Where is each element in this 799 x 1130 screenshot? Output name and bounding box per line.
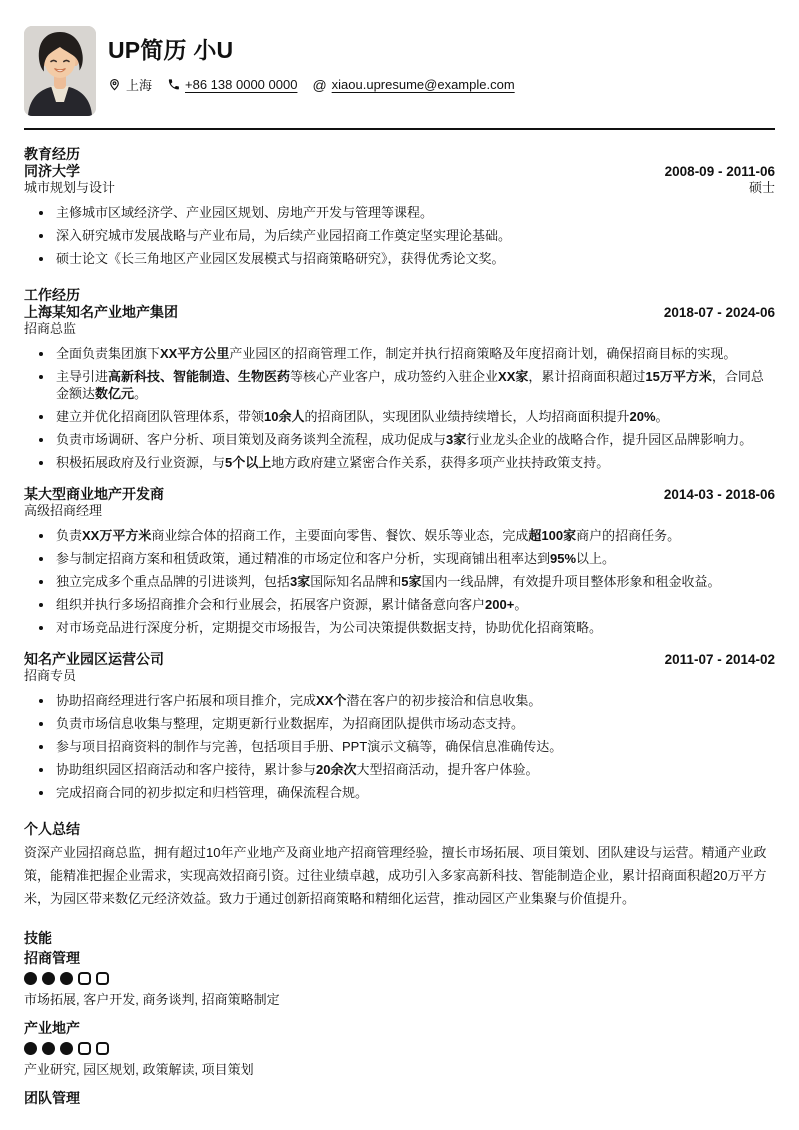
bullet-item: 负责XX万平方米商业综合体的招商工作，主要面向零售、餐饮、娱乐等业态，完成超10… bbox=[24, 527, 775, 544]
bullet-item: 对市场竞品进行深度分析，定期提交市场报告，为公司决策提供数据支持，协助优化招商策… bbox=[24, 619, 775, 636]
summary-text: 资深产业园招商总监，拥有超过10年产业地产及商业地产招商管理经验，擅长市场拓展、… bbox=[24, 841, 775, 910]
bullet-item: 全面负责集团旗下XX平方公里产业园区的招商管理工作，制定并执行招商策略及年度招商… bbox=[24, 345, 775, 362]
skill-dot-empty bbox=[78, 1042, 91, 1055]
entry-header: 同济大学 2008-09 - 2011-06 bbox=[24, 163, 775, 180]
company-name: 某大型商业地产开发商 bbox=[24, 486, 164, 503]
entry-header: 知名产业园区运营公司 2011-07 - 2014-02 bbox=[24, 651, 775, 668]
skill-dot-filled bbox=[24, 1042, 37, 1055]
bullet-list: 主修城市区域经济学、产业园区规划、房地产开发与管理等课程。 深入研究城市发展战略… bbox=[24, 204, 775, 267]
section-title-skills: 技能 bbox=[24, 930, 775, 947]
major-name: 城市规划与设计 bbox=[24, 180, 115, 196]
skill-dot-filled bbox=[60, 972, 73, 985]
section-title-summary: 个人总结 bbox=[24, 821, 775, 838]
header-divider bbox=[24, 128, 775, 130]
bullet-item: 参与制定招商方案和租赁政策，通过精准的市场定位和客户分析，实现商铺出租率达到95… bbox=[24, 550, 775, 567]
role-title: 高级招商经理 bbox=[24, 503, 102, 519]
skill-dot-empty bbox=[78, 972, 91, 985]
bullet-item: 建立并优化招商团队管理体系，带领10余人的招商团队，实现团队业绩持续增长，人均招… bbox=[24, 408, 775, 425]
entry-header: 上海某知名产业地产集团 2018-07 - 2024-06 bbox=[24, 304, 775, 321]
entry-date: 2014-03 - 2018-06 bbox=[664, 487, 775, 502]
avatar-illustration bbox=[24, 26, 96, 116]
header-text-block: UP简历 小U 上海 +86 138 0000 0000 @ bbox=[108, 26, 515, 116]
skill-keywords: 产业研究, 园区规划, 政策解读, 项目策划 bbox=[24, 1062, 775, 1078]
phone-link[interactable]: +86 138 0000 0000 bbox=[167, 77, 297, 92]
skill-name: 产业地产 bbox=[24, 1020, 775, 1037]
bullet-item: 组织并执行多场招商推介会和行业展会，拓展客户资源，累计储备意向客户200+。 bbox=[24, 596, 775, 613]
skill-keywords: 市场拓展, 客户开发, 商务谈判, 招商策略制定 bbox=[24, 992, 775, 1008]
work-entry: 上海某知名产业地产集团 2018-07 - 2024-06 招商总监 全面负责集… bbox=[24, 304, 775, 471]
resume-page: UP简历 小U 上海 +86 138 0000 0000 @ bbox=[0, 0, 799, 1107]
bullet-item: 协助招商经理进行客户拓展和项目推介，完成XX个潜在客户的初步接洽和信息收集。 bbox=[24, 692, 775, 709]
contact-row: 上海 +86 138 0000 0000 @ xiaou.upresume@ex… bbox=[108, 75, 515, 94]
bullet-item: 主修城市区域经济学、产业园区规划、房地产开发与管理等课程。 bbox=[24, 204, 775, 221]
email-address: xiaou.upresume@example.com bbox=[332, 77, 515, 92]
section-summary: 个人总结 资深产业园招商总监，拥有超过10年产业地产及商业地产招商管理经验，擅长… bbox=[24, 821, 775, 910]
location-item: 上海 bbox=[108, 75, 152, 94]
section-title-work: 工作经历 bbox=[24, 287, 775, 304]
email-at-icon: @ bbox=[312, 78, 326, 92]
skill-level-dots bbox=[24, 972, 775, 985]
location-text: 上海 bbox=[126, 75, 152, 94]
section-skills: 技能 招商管理 市场拓展, 客户开发, 商务谈判, 招商策略制定 产业地产 产业… bbox=[24, 930, 775, 1107]
entry-subheader: 招商专员 bbox=[24, 668, 775, 684]
entry-subheader: 城市规划与设计 硕士 bbox=[24, 180, 775, 196]
bullet-list: 全面负责集团旗下XX平方公里产业园区的招商管理工作，制定并执行招商策略及年度招商… bbox=[24, 345, 775, 471]
entry-header: 某大型商业地产开发商 2014-03 - 2018-06 bbox=[24, 486, 775, 503]
skill-dot-filled bbox=[60, 1042, 73, 1055]
section-work: 工作经历 上海某知名产业地产集团 2018-07 - 2024-06 招商总监 … bbox=[24, 287, 775, 801]
phone-icon bbox=[167, 78, 180, 91]
bullet-list: 负责XX万平方米商业综合体的招商工作，主要面向零售、餐饮、娱乐等业态，完成超10… bbox=[24, 527, 775, 636]
bullet-item: 独立完成多个重点品牌的引进谈判，包括3家国际知名品牌和5家国内一线品牌，有效提升… bbox=[24, 573, 775, 590]
bullet-item: 协助组织园区招商活动和客户接待，累计参与20余次大型招商活动，提升客户体验。 bbox=[24, 761, 775, 778]
education-entry: 同济大学 2008-09 - 2011-06 城市规划与设计 硕士 主修城市区域… bbox=[24, 163, 775, 267]
skill-dot-filled bbox=[24, 972, 37, 985]
degree-name: 硕士 bbox=[749, 180, 775, 196]
role-title: 招商总监 bbox=[24, 321, 76, 337]
skill-name: 招商管理 bbox=[24, 950, 775, 967]
bullet-item: 积极拓展政府及行业资源，与5个以上地方政府建立紧密合作关系，获得多项产业扶持政策… bbox=[24, 454, 775, 471]
bullet-item: 主导引进高新科技、智能制造、生物医药等核心产业客户，成功签约入驻企业XX家，累计… bbox=[24, 368, 775, 402]
entry-date: 2011-07 - 2014-02 bbox=[665, 652, 775, 667]
bullet-item: 深入研究城市发展战略与产业布局，为后续产业园招商工作奠定坚实理论基础。 bbox=[24, 227, 775, 244]
section-title-education: 教育经历 bbox=[24, 146, 775, 163]
bullet-list: 协助招商经理进行客户拓展和项目推介，完成XX个潜在客户的初步接洽和信息收集。 负… bbox=[24, 692, 775, 801]
skill-item: 产业地产 产业研究, 园区规划, 政策解读, 项目策划 bbox=[24, 1020, 775, 1078]
entry-subheader: 招商总监 bbox=[24, 321, 775, 337]
avatar bbox=[24, 26, 96, 116]
bullet-item: 硕士论文《长三角地区产业园区发展模式与招商策略研究》，获得优秀论文奖。 bbox=[24, 250, 775, 267]
section-education: 教育经历 同济大学 2008-09 - 2011-06 城市规划与设计 硕士 主… bbox=[24, 146, 775, 267]
company-name: 知名产业园区运营公司 bbox=[24, 651, 164, 668]
skill-dot-empty bbox=[96, 1042, 109, 1055]
entry-date: 2008-09 - 2011-06 bbox=[665, 164, 775, 179]
location-pin-icon bbox=[108, 78, 121, 91]
entry-date: 2018-07 - 2024-06 bbox=[664, 305, 775, 320]
skill-name: 团队管理 bbox=[24, 1090, 775, 1107]
skill-level-dots bbox=[24, 1042, 775, 1055]
work-entry: 知名产业园区运营公司 2011-07 - 2014-02 招商专员 协助招商经理… bbox=[24, 651, 775, 801]
phone-number: +86 138 0000 0000 bbox=[185, 77, 297, 92]
resume-header: UP简历 小U 上海 +86 138 0000 0000 @ bbox=[24, 26, 775, 116]
skill-dot-filled bbox=[42, 972, 55, 985]
skill-dot-filled bbox=[42, 1042, 55, 1055]
role-title: 招商专员 bbox=[24, 668, 76, 684]
company-name: 上海某知名产业地产集团 bbox=[24, 304, 178, 321]
bullet-item: 负责市场信息收集与整理，定期更新行业数据库，为招商团队提供市场动态支持。 bbox=[24, 715, 775, 732]
candidate-name: UP简历 小U bbox=[108, 34, 515, 66]
email-link[interactable]: @ xiaou.upresume@example.com bbox=[312, 77, 514, 92]
bullet-item: 负责市场调研、客户分析、项目策划及商务谈判全流程，成功促成与3家行业龙头企业的战… bbox=[24, 431, 775, 448]
bullet-item: 完成招商合同的初步拟定和归档管理，确保流程合规。 bbox=[24, 784, 775, 801]
skill-item: 招商管理 市场拓展, 客户开发, 商务谈判, 招商策略制定 bbox=[24, 950, 775, 1008]
entry-subheader: 高级招商经理 bbox=[24, 503, 775, 519]
skill-dot-empty bbox=[96, 972, 109, 985]
work-entry: 某大型商业地产开发商 2014-03 - 2018-06 高级招商经理 负责XX… bbox=[24, 486, 775, 636]
school-name: 同济大学 bbox=[24, 163, 80, 180]
skill-item: 团队管理 bbox=[24, 1090, 775, 1107]
bullet-item: 参与项目招商资料的制作与完善，包括项目手册、PPT演示文稿等，确保信息准确传达。 bbox=[24, 738, 775, 755]
